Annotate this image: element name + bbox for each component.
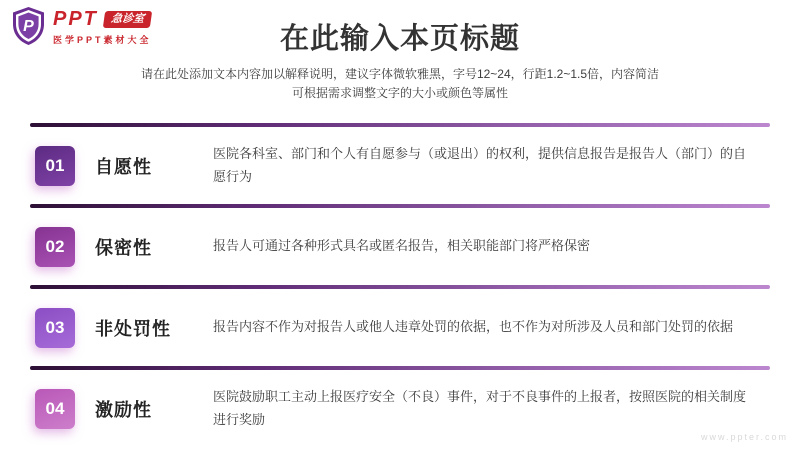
shield-letter: P [23,18,34,35]
brand-tagline: 医学PPT素材大全 [53,33,152,46]
row-description: 报告内容不作为对报告人或他人违章处罚的依据，也不作为对所涉及人员和部门处罚的依据 [213,316,770,339]
list-item-3: 03 非处罚性 报告内容不作为对报告人或他人违章处罚的依据，也不作为对所涉及人员… [30,285,770,366]
number-badge: 02 [35,227,75,267]
list-item-2: 02 保密性 报告人可通过各种形式具名或匿名报告，相关职能部门将严格保密 [30,204,770,285]
row-title: 非处罚性 [95,315,213,341]
logo-text-column: PPT 急诊室 医学PPT素材大全 [53,9,152,46]
brand-name: PPT [53,9,98,29]
list-item-4: 04 激励性 医院鼓励职工主动上报医疗安全（不良）事件，对于不良事件的上报者，按… [30,366,770,447]
list-item-1: 01 自愿性 医院各科室、部门和个人有自愿参与（或退出）的权利，提供信息报告是报… [30,123,770,204]
row-title: 自愿性 [95,153,213,179]
shield-icon: P [10,6,47,46]
row-description: 医院鼓励职工主动上报医疗安全（不良）事件，对于不良事件的上报者，按照医院的相关制… [213,386,770,432]
subtitle-line-2: 可根据需求调整文字的大小或颜色等属性 [0,84,800,103]
number-badge: 01 [35,146,75,186]
number-badge: 04 [35,389,75,429]
row-description: 医院各科室、部门和个人有自愿参与（或退出）的权利，提供信息报告是报告人（部门）的… [213,143,770,189]
brand-logo: P PPT 急诊室 医学PPT素材大全 [10,6,152,46]
slide: P PPT 急诊室 医学PPT素材大全 在此输入本页标题 请在此处添加文本内容加… [0,0,800,450]
row-content: 01 自愿性 医院各科室、部门和个人有自愿参与（或退出）的权利，提供信息报告是报… [30,127,770,204]
row-content: 03 非处罚性 报告内容不作为对报告人或他人违章处罚的依据，也不作为对所涉及人员… [30,289,770,366]
row-title: 激励性 [95,396,213,422]
row-content: 02 保密性 报告人可通过各种形式具名或匿名报告，相关职能部门将严格保密 [30,208,770,285]
row-content: 04 激励性 医院鼓励职工主动上报医疗安全（不良）事件，对于不良事件的上报者，按… [30,370,770,447]
brand-badge: 急诊室 [103,11,152,28]
subtitle: 请在此处添加文本内容加以解释说明，建议字体微软雅黑，字号12~24，行距1.2~… [0,65,800,103]
subtitle-line-1: 请在此处添加文本内容加以解释说明，建议字体微软雅黑，字号12~24，行距1.2~… [0,65,800,84]
site-watermark: www.ppter.com [701,432,788,442]
content-rows: 01 自愿性 医院各科室、部门和个人有自愿参与（或退出）的权利，提供信息报告是报… [30,123,770,447]
row-title: 保密性 [95,234,213,260]
logo-row: PPT 急诊室 [53,9,152,29]
number-badge: 03 [35,308,75,348]
row-description: 报告人可通过各种形式具名或匿名报告，相关职能部门将严格保密 [213,235,770,258]
